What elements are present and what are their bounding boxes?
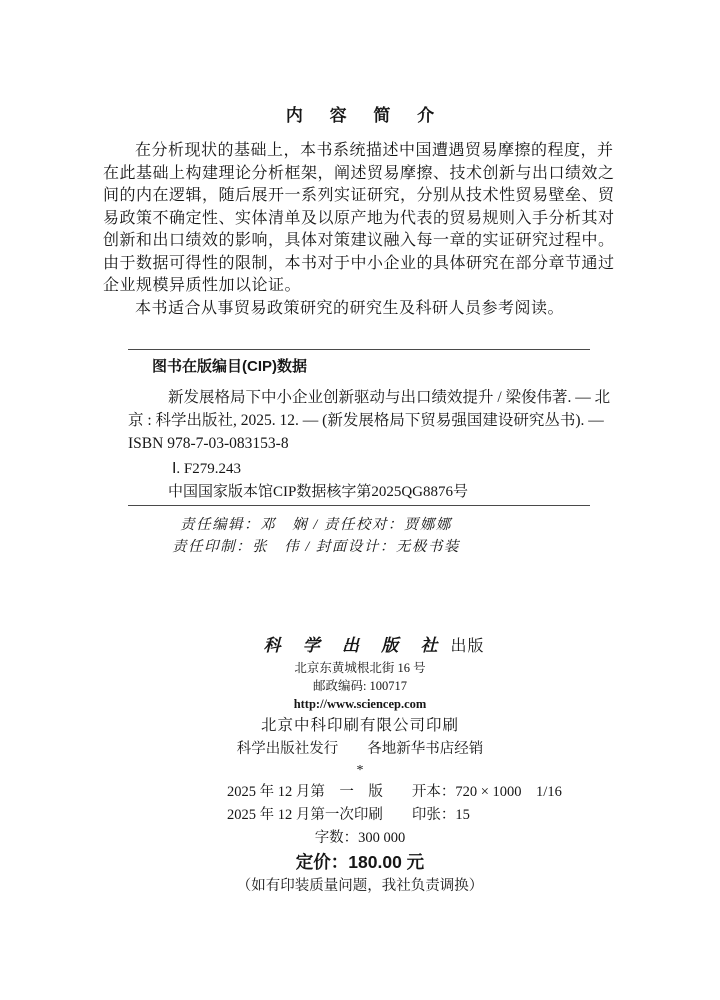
word-count: 字数：300 000 — [0, 827, 720, 850]
abstract-line: 在此基础上构建理论分析框架，阐述贸易摩擦、技术创新与出口绩效之 — [103, 163, 617, 186]
publisher-address: 北京东黄城根北街 16 号 — [0, 659, 720, 677]
abstract-line: 在分析现状的基础上，本书系统描述中国遭遇贸易摩擦的程度，并 — [103, 140, 617, 163]
abstract-title: 内 容 简 介 — [0, 103, 720, 128]
cip-divider-bottom — [128, 505, 590, 506]
cip-entry-line: 京 : 科学出版社, 2025. 12. — (新发展格局下贸易强国建设研究丛书… — [128, 409, 590, 432]
print-design-credit-line: 责任印制：张 伟 / 封面设计：无极书装 — [100, 536, 532, 558]
publisher-logo-suffix: 出版 — [450, 638, 484, 655]
impression-line: 2025 年 12 月第一次印刷 印张：15 — [227, 804, 720, 827]
publisher-logo-text: 科 学 出 版 社 — [263, 636, 446, 655]
abstract-line: 间的内在逻辑，随后展开一系列实证研究，分别从技术性贸易壁垒、贸 — [103, 185, 617, 208]
abstract-line: 易政策不确定性、实体清单及以原产地为代表的贸易规则入手分析其对 — [103, 208, 617, 231]
printer-name: 北京中科印刷有限公司印刷 — [0, 713, 720, 738]
cip-classification-number: Ⅰ. F279.243 — [172, 458, 590, 481]
separator-asterisk: * — [0, 761, 720, 781]
quality-note: （如有印装质量问题，我社负责调换） — [0, 875, 720, 897]
staff-credits: 责任编辑：邓 娴 / 责任校对：贾娜娜 责任印制：张 伟 / 封面设计：无极书装 — [100, 514, 532, 558]
cip-header: 图书在版编目(CIP)数据 — [152, 356, 590, 378]
colophon: 科 学 出 版 社 出版 北京东黄城根北街 16 号 邮政编码: 100717 … — [0, 634, 720, 897]
publisher-website: http://www.sciencep.com — [0, 695, 720, 713]
abstract-line: 创新和出口绩效的影响，具体对策建议融入每一章的实证研究过程中。 — [103, 230, 617, 253]
cip-divider-top — [128, 349, 590, 350]
abstract-paragraph: 在分析现状的基础上，本书系统描述中国遭遇贸易摩擦的程度，并 在此基础上构建理论分… — [103, 140, 617, 320]
publisher-postcode: 邮政编码: 100717 — [0, 677, 720, 695]
cip-entry-line: 新发展格局下中小企业创新驱动与出口绩效提升 / 梁俊伟著. — 北 — [128, 386, 590, 409]
abstract-line: 企业规模异质性加以论证。 — [103, 275, 617, 298]
book-copyright-page: 内 容 简 介 在分析现状的基础上，本书系统描述中国遭遇贸易摩擦的程度，并 在此… — [0, 0, 720, 1000]
abstract-line: 由于数据可得性的限制，本书对于中小企业的具体研究在部分章节通过 — [103, 253, 617, 276]
publisher-logo-line: 科 学 出 版 社 出版 — [0, 634, 720, 659]
price: 定价：180.00 元 — [0, 850, 720, 875]
cip-entry: 新发展格局下中小企业创新驱动与出口绩效提升 / 梁俊伟著. — 北 京 : 科学… — [128, 386, 590, 455]
printing-details: 2025 年 12 月第 一 版 开本：720 × 1000 1/16 2025… — [227, 781, 720, 827]
editor-credit-line: 责任编辑：邓 娴 / 责任校对：贾娜娜 — [100, 514, 532, 536]
cip-block: 图书在版编目(CIP)数据 新发展格局下中小企业创新驱动与出口绩效提升 / 梁俊… — [128, 349, 590, 506]
edition-line: 2025 年 12 月第 一 版 开本：720 × 1000 1/16 — [227, 781, 720, 804]
cip-isbn: ISBN 978-7-03-083153-8 — [128, 432, 590, 455]
distribution-line: 科学出版社发行 各地新华书店经销 — [0, 738, 720, 761]
abstract-line: 本书适合从事贸易政策研究的研究生及科研人员参考阅读。 — [103, 298, 617, 321]
cip-record-number: 中国国家版本馆CIP数据核字第2025QG8876号 — [168, 481, 590, 504]
